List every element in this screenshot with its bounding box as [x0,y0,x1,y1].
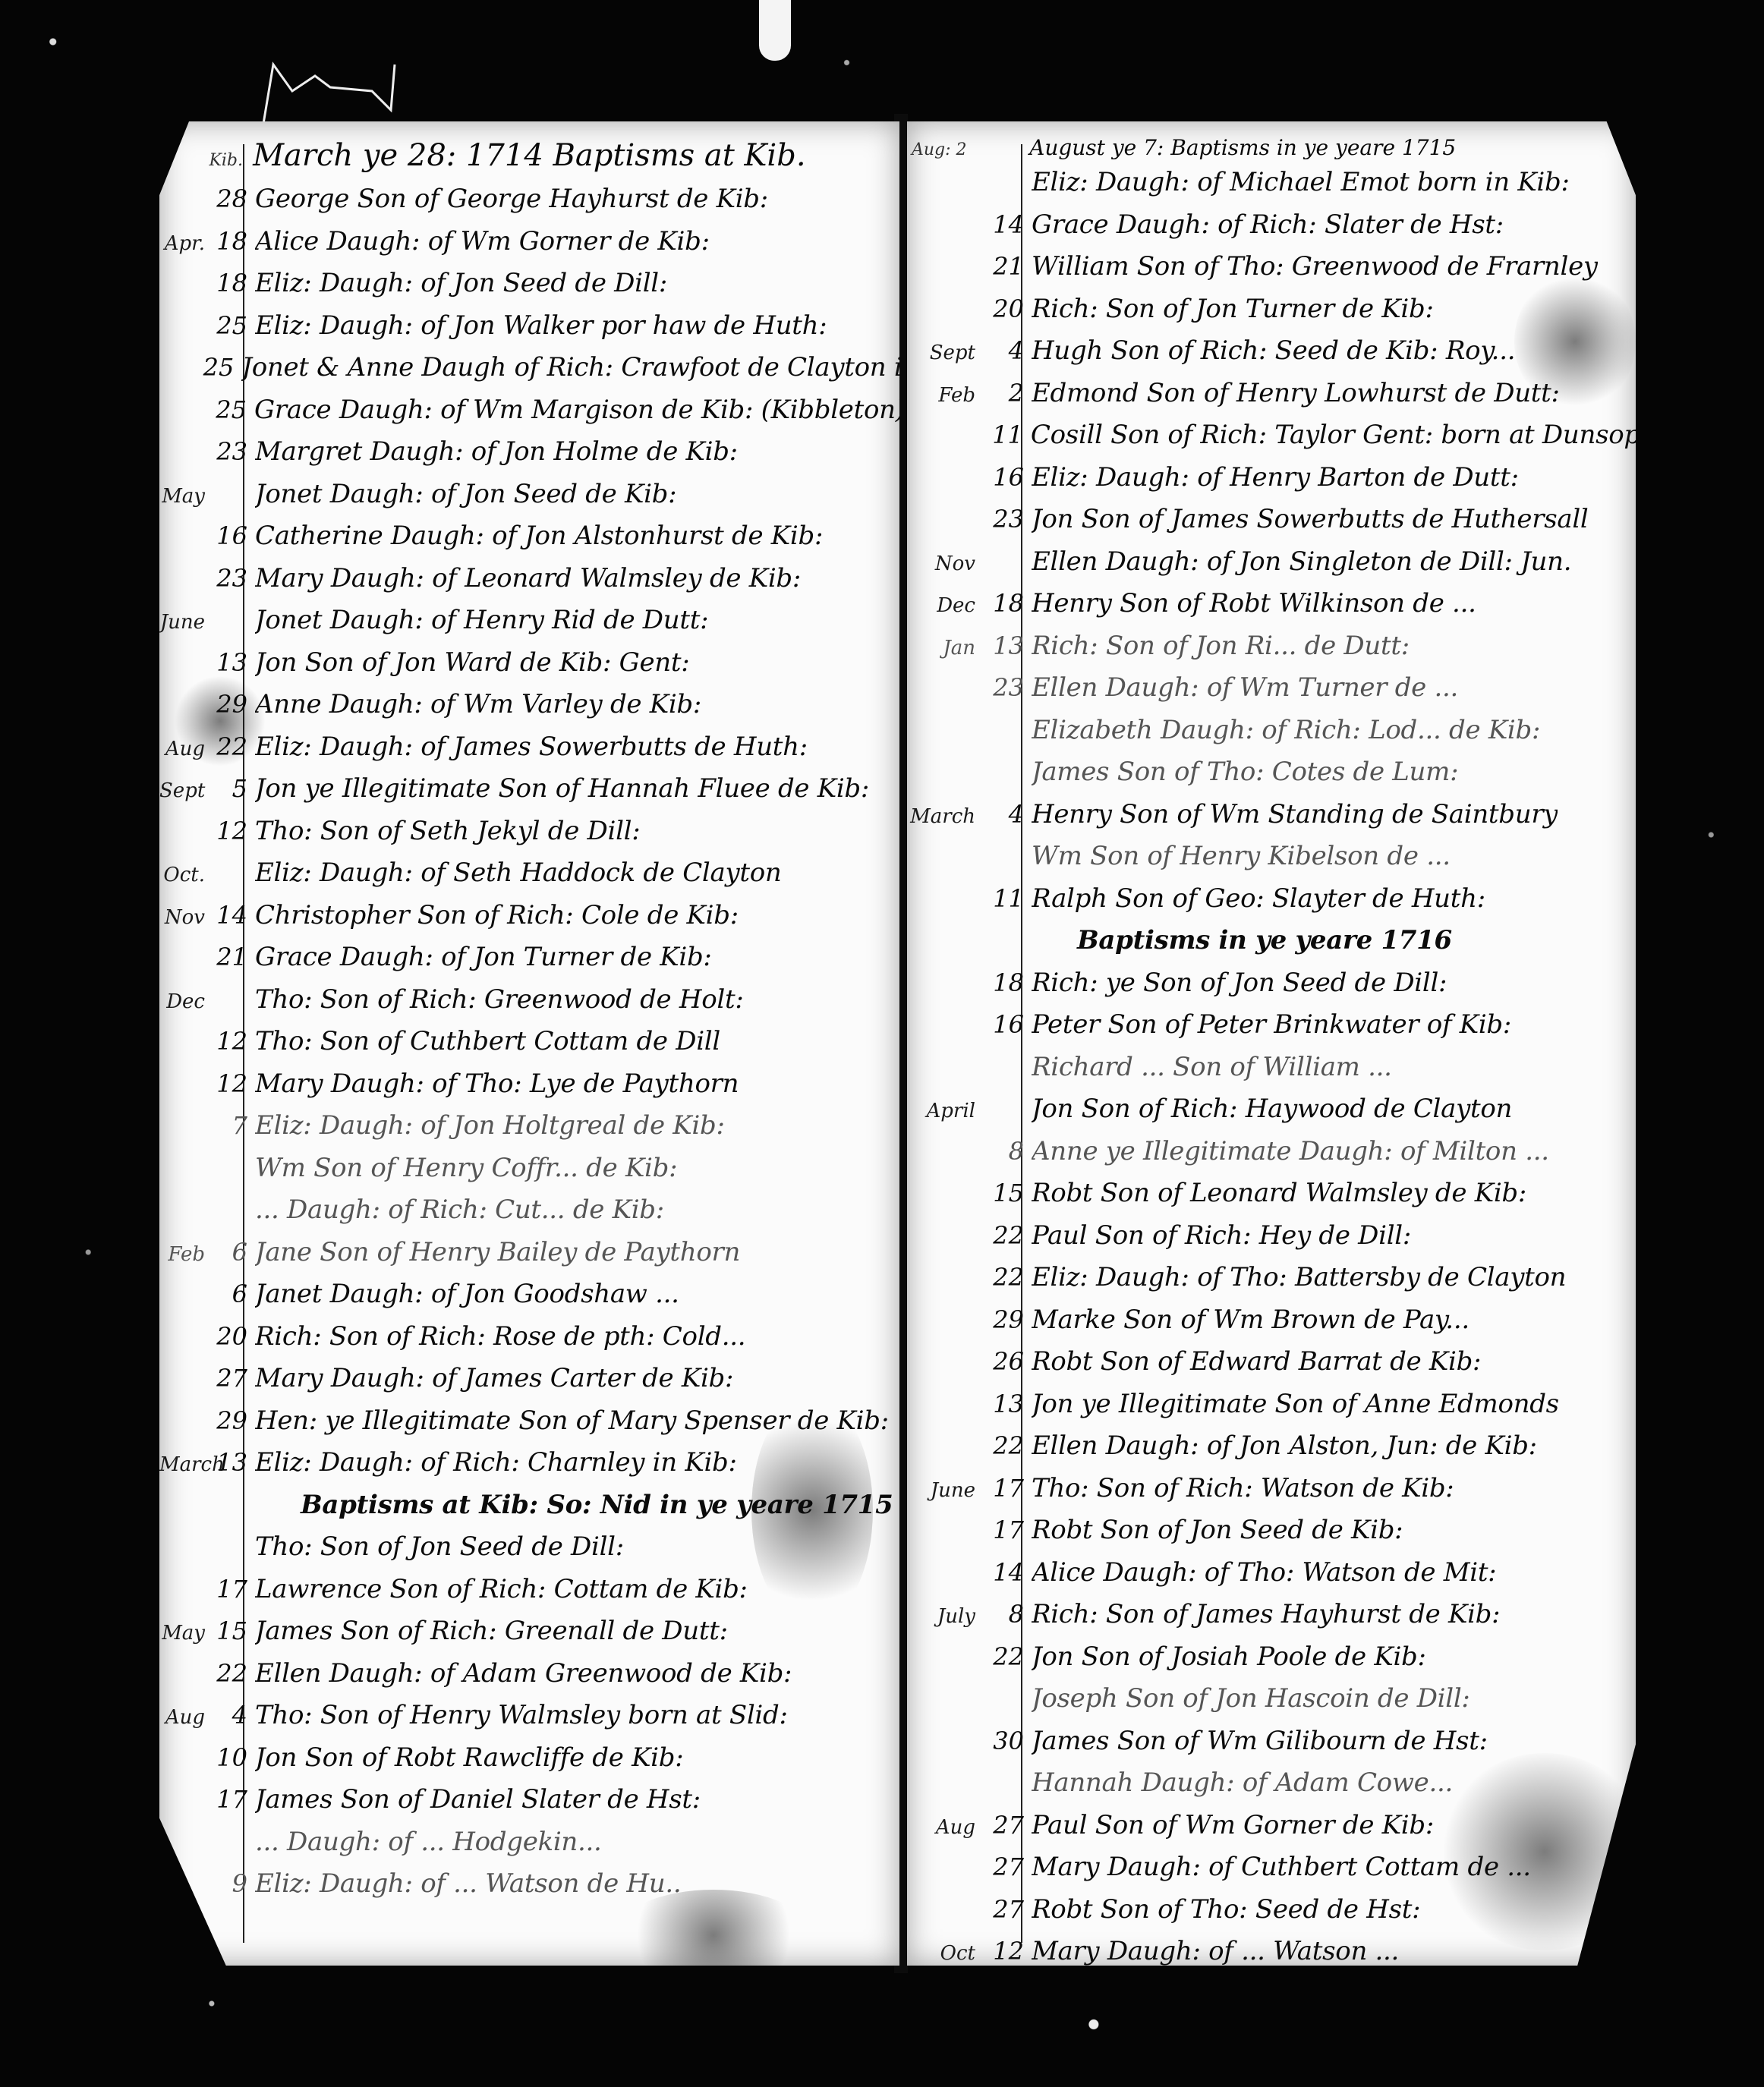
page-header: Kib. March ye 28: 1714 Baptisms at Kib. [159,138,899,173]
register-entry: 8 Anne ye Illegitimate Daugh: of Milton … [907,1136,1636,1179]
entry-text: Baptisms at Kib: So: Nid in ye yeare 171… [255,1490,893,1520]
entry-text: Jon Son of Jon Ward de Kib: Gent: [255,647,689,678]
entry-day: 18 [978,589,1032,618]
register-entry: 20 Rich: Son of Rich: Rose de pth: Cold.… [159,1321,899,1364]
register-entry: Feb 6 Jane Son of Henry Bailey de Paytho… [159,1237,899,1280]
register-entry: 14 Alice Daugh: of Tho: Watson de Mit: [907,1557,1636,1600]
entry-text: Cosill Son of Rich: Taylor Gent: born at… [1031,420,1636,450]
entry-text: Tho: Son of Cuthbert Cottam de Dill [255,1026,720,1056]
entry-day: 8 [978,1137,1032,1166]
entry-day: 14 [978,1558,1032,1587]
entry-day: 25 [208,311,255,340]
entry-text: William Son of Tho: Greenwood de Frarnle… [1032,251,1598,282]
entry-month: June [159,611,208,634]
register-entry: 13 Jon Son of Jon Ward de Kib: Gent: [159,647,899,690]
entry-text: Jonet & Anne Daugh of Rich: Crawfoot de … [241,352,899,382]
entry-day: 20 [208,1322,255,1351]
entry-day: 21 [208,943,255,971]
register-entry: 30 James Son of Wm Gilibourn de Hst: [907,1726,1636,1768]
entry-day: 12 [208,817,255,845]
entry-day: 22 [208,732,255,761]
entry-text: Eliz: Daugh: of ... Watson de Hu.. [255,1868,681,1899]
entry-day: 5 [208,774,255,803]
entry-day: 11 [978,884,1032,913]
entry-month: Nov [907,552,978,575]
register-entry: Eliz: Daugh: of Michael Emot born in Kib… [907,167,1636,209]
entry-day: 15 [978,1179,1032,1207]
register-entry: 17 James Son of Daniel Slater de Hst: [159,1784,899,1827]
entry-month: Dec [907,594,978,617]
entry-day: 25 [207,395,254,424]
register-entry: June Jonet Daugh: of Henry Rid de Dutt: [159,605,899,647]
section-heading: Baptisms at Kib: So: Nid in ye yeare 171… [159,1490,899,1532]
entry-text: Mary Daugh: of Tho: Lye de Paythorn [255,1069,739,1099]
entry-day: 13 [208,648,255,677]
entry-text: Christopher Son of Rich: Cole de Kib: [255,900,739,930]
register-entry: 23 Mary Daugh: of Leonard Walmsley de Ki… [159,563,899,606]
entry-day: 13 [208,1448,255,1477]
entry-day: 22 [978,1221,1032,1250]
register-entry: 18 Rich: ye Son of Jon Seed de Dill: [907,968,1636,1010]
entry-day: 27 [978,1811,1032,1840]
entry-text: Eliz: Daugh: of Rich: Charnley in Kib: [255,1447,737,1478]
register-entry: ... Daugh: of Rich: Cut... de Kib: [159,1195,899,1237]
entry-day: 22 [978,1431,1032,1460]
entry-day: 18 [208,227,255,256]
entry-text: Henry Son of Robt Wilkinson de ... [1032,588,1476,619]
register-entry: 12 Tho: Son of Seth Jekyl de Dill: [159,816,899,858]
entry-text: Hannah Daugh: of Adam Cowe... [1032,1767,1453,1798]
entry-text: Lawrence Son of Rich: Cottam de Kib: [255,1574,748,1604]
left-page: Kib. March ye 28: 1714 Baptisms at Kib. … [159,121,899,1966]
entry-day: 15 [208,1616,255,1645]
register-entry: 16 Eliz: Daugh: of Henry Barton de Dutt: [907,462,1636,505]
entry-text: Eliz: Daugh: of Jon Seed de Dill: [255,268,667,298]
entry-day: 9 [208,1869,255,1898]
page-header: Aug: 2 August ye 7: Baptisms in ye yeare… [907,135,1636,160]
entry-text: Mary Daugh: of Cuthbert Cottam de ... [1032,1852,1531,1882]
entry-month: Feb [907,384,978,407]
register-entry: James Son of Tho: Cotes de Lum: [907,757,1636,799]
entry-text: Ellen Daugh: of Wm Turner de ... [1032,672,1458,703]
entry-day: 28 [208,184,255,213]
register-entry: 27 Mary Daugh: of Cuthbert Cottam de ... [907,1852,1636,1894]
register-entry: Oct 12 Mary Daugh: of ... Watson ... [907,1936,1636,1966]
register-entry: 29 Hen: ye Illegitimate Son of Mary Spen… [159,1405,899,1448]
register-entry: 22 Ellen Daugh: of Adam Greenwood de Kib… [159,1658,899,1701]
register-entry: April Jon Son of Rich: Haywood de Clayto… [907,1094,1636,1136]
register-entry: July 8 Rich: Son of James Hayhurst de Ki… [907,1599,1636,1642]
register-entry: Dec 18 Henry Son of Robt Wilkinson de ..… [907,588,1636,631]
entry-day: 18 [208,269,255,297]
scan-artifact [759,0,791,61]
register-entry: Sept 4 Hugh Son of Rich: Seed de Kib: Ro… [907,335,1636,378]
entry-month: Sept [159,779,208,802]
header-title: March ye 28: 1714 Baptisms at Kib. [253,138,805,173]
register-entry: 23 Margret Daugh: of Jon Holme de Kib: [159,436,899,479]
entry-text: Eliz: Daugh: of Henry Barton de Dutt: [1032,462,1519,493]
entry-text: Ellen Daugh: of Jon Alston, Jun: de Kib: [1032,1431,1537,1461]
entry-day: 11 [978,420,1031,449]
register-entry: Dec Tho: Son of Rich: Greenwood de Holt: [159,984,899,1027]
register-entry: 28 George Son of George Hayhurst de Kib: [159,184,899,226]
entry-day: 4 [208,1701,255,1730]
register-entry: Nov 14 Christopher Son of Rich: Cole de … [159,900,899,943]
entry-text: Paul Son of Wm Gorner de Kib: [1032,1810,1434,1840]
register-entry: Richard ... Son of William ... [907,1052,1636,1094]
register-entry: 13 Jon ye Illegitimate Son of Anne Edmon… [907,1389,1636,1431]
entry-text: Robt Son of Tho: Seed de Hst: [1032,1894,1420,1925]
entry-text: Jon ye Illegitimate Son of Hannah Fluee … [255,773,869,804]
register-entry: 11 Cosill Son of Rich: Taylor Gent: born… [907,420,1636,462]
register-entry: 21 William Son of Tho: Greenwood de Frar… [907,251,1636,294]
entry-text: ... Daugh: of ... Hodgekin... [255,1827,602,1857]
entry-day: 16 [978,463,1032,492]
register-entry: 23 Ellen Daugh: of Wm Turner de ... [907,672,1636,715]
register-entry: 16 Catherine Daugh: of Jon Alstonhurst d… [159,521,899,563]
register-entry: Nov Ellen Daugh: of Jon Singleton de Dil… [907,546,1636,589]
entry-month: Nov [159,906,208,929]
register-entry: 9 Eliz: Daugh: of ... Watson de Hu.. [159,1868,899,1911]
entry-text: Jon Son of James Sowerbutts de Huthersal… [1032,504,1588,534]
entry-day: 13 [978,1390,1032,1418]
entry-text: James Son of Tho: Cotes de Lum: [1032,757,1458,787]
register-entry: 29 Anne Daugh: of Wm Varley de Kib: [159,689,899,732]
entry-text: ... Daugh: of Rich: Cut... de Kib: [255,1195,664,1225]
entry-text: Grace Daugh: of Rich: Slater de Hst: [1032,209,1504,240]
entry-day: 22 [978,1263,1032,1292]
register-entry: 16 Peter Son of Peter Brinkwater of Kib: [907,1009,1636,1052]
entry-month: Jan [907,637,978,659]
entry-text: Alice Daugh: of Tho: Watson de Mit: [1032,1557,1496,1588]
entry-text: Jonet Daugh: of Jon Seed de Kib: [255,479,676,509]
entry-text: James Son of Wm Gilibourn de Hst: [1032,1726,1488,1756]
entry-day: 29 [208,690,255,719]
entry-text: Tho: Son of Rich: Greenwood de Holt: [255,984,744,1015]
entry-day: 14 [208,901,255,930]
entry-month: June [907,1479,978,1502]
entry-text: Rich: Son of Jon Turner de Kib: [1032,294,1434,324]
entry-day: 22 [978,1642,1032,1671]
register-entry: May Jonet Daugh: of Jon Seed de Kib: [159,479,899,521]
register-entry: 22 Ellen Daugh: of Jon Alston, Jun: de K… [907,1431,1636,1473]
entry-text: Joseph Son of Jon Hascoin de Dill: [1032,1683,1470,1714]
entry-month: Feb [159,1243,208,1266]
entry-month: May [159,485,208,508]
register-entry: March 13 Eliz: Daugh: of Rich: Charnley … [159,1447,899,1490]
register-entry: 25 Grace Daugh: of Wm Margison de Kib: (… [159,395,899,437]
entry-day: 27 [978,1895,1032,1924]
register-entry: 6 Janet Daugh: of Jon Goodshaw ... [159,1279,899,1321]
entry-day: 6 [208,1280,255,1308]
entry-text: Tho: Son of Jon Seed de Dill: [255,1531,624,1562]
entry-day: 16 [978,1010,1032,1039]
register-entry: 12 Mary Daugh: of Tho: Lye de Paythorn [159,1069,899,1111]
entry-text: Hen: ye Illegitimate Son of Mary Spenser… [255,1405,889,1436]
entry-text: Mary Daugh: of James Carter de Kib: [255,1363,733,1393]
entry-text: Jon Son of Josiah Poole de Kib: [1032,1642,1426,1672]
entry-text: Anne Daugh: of Wm Varley de Kib: [255,689,701,719]
entry-text: Tho: Son of Seth Jekyl de Dill: [255,816,640,846]
entry-text: Jon ye Illegitimate Son of Anne Edmonds [1032,1389,1559,1419]
entry-day: 6 [208,1238,255,1267]
entry-day: 30 [978,1727,1032,1755]
register-entry: 25 Jonet & Anne Daugh of Rich: Crawfoot … [159,352,899,395]
register-entry: May 15 James Son of Rich: Greenall de Du… [159,1616,899,1658]
register-entry: 27 Mary Daugh: of James Carter de Kib: [159,1363,899,1405]
register-entry: Oct. Eliz: Daugh: of Seth Haddock de Cla… [159,858,899,900]
entry-month: Apr. [159,232,208,255]
register-entry: Aug 4 Tho: Son of Henry Walmsley born at… [159,1700,899,1742]
entry-text: Rich: Son of James Hayhurst de Kib: [1032,1599,1500,1629]
header-corner: Aug: 2 [907,140,1025,159]
register-entry: Apr. 18 Alice Daugh: of Wm Gorner de Kib… [159,226,899,269]
entry-text: George Son of George Hayhurst de Kib: [255,184,768,214]
entry-text: Eliz: Daugh: of Jon Walker por haw de Hu… [255,310,827,341]
entry-month: Aug [907,1816,978,1839]
register-entry: Wm Son of Henry Coffr... de Kib: [159,1153,899,1195]
entry-day: 27 [978,1852,1032,1881]
entry-text: Wm Son of Henry Coffr... de Kib: [255,1153,677,1183]
register-entry: 23 Jon Son of James Sowerbutts de Huther… [907,504,1636,546]
register-entry: ... Daugh: of ... Hodgekin... [159,1827,899,1869]
register-entry: 20 Rich: Son of Jon Turner de Kib: [907,294,1636,336]
register-entry: 26 Robt Son of Edward Barrat de Kib: [907,1346,1636,1389]
register-entry: 22 Jon Son of Josiah Poole de Kib: [907,1642,1636,1684]
register-entry: 17 Robt Son of Jon Seed de Kib: [907,1515,1636,1557]
section-heading: Baptisms in ye yeare 1716 [907,925,1636,968]
entry-month: July [907,1605,978,1628]
register-entry: Joseph Son of Jon Hascoin de Dill: [907,1683,1636,1726]
entry-day: 2 [978,379,1032,408]
entry-day: 10 [208,1743,255,1772]
entry-text: James Son of Daniel Slater de Hst: [255,1784,701,1815]
entry-day: 22 [208,1659,255,1688]
register-entry: 17 Lawrence Son of Rich: Cottam de Kib: [159,1574,899,1616]
entry-text: Robt Son of Jon Seed de Kib: [1032,1515,1403,1545]
entry-day: 17 [208,1575,255,1604]
right-page: Aug: 2 August ye 7: Baptisms in ye yeare… [907,121,1636,1966]
entry-day: 20 [978,294,1032,323]
register-entry: March 4 Henry Son of Wm Standing de Sain… [907,799,1636,842]
entry-text: Mary Daugh: of ... Watson ... [1032,1936,1399,1966]
register-entry: Aug 27 Paul Son of Wm Gorner de Kib: [907,1810,1636,1852]
entry-day: 29 [978,1305,1032,1334]
entry-text: Ellen Daugh: of Adam Greenwood de Kib: [255,1658,792,1689]
entry-day: 12 [208,1069,255,1098]
entry-month: May [159,1622,208,1645]
register-entry: Hannah Daugh: of Adam Cowe... [907,1767,1636,1810]
entry-day: 4 [978,336,1032,365]
entry-day: 23 [978,505,1032,534]
entry-day: 17 [978,1474,1032,1503]
register-entry: 29 Marke Son of Wm Brown de Pay... [907,1305,1636,1347]
entry-day: 13 [978,631,1032,660]
entry-text: Peter Son of Peter Brinkwater of Kib: [1032,1009,1511,1040]
entry-text: James Son of Rich: Greenall de Dutt: [255,1616,728,1646]
register-entry: 18 Eliz: Daugh: of Jon Seed de Dill: [159,268,899,310]
entry-text: Rich: Son of Rich: Rose de pth: Cold... [255,1321,745,1352]
entry-text: Jon Son of Robt Rawcliffe de Kib: [255,1742,683,1773]
entry-day: 12 [978,1937,1032,1966]
entry-text: Elizabeth Daugh: of Rich: Lod... de Kib: [1032,715,1540,745]
entry-day: 26 [978,1347,1032,1376]
entry-text: Henry Son of Wm Standing de Saintbury [1032,799,1558,829]
entry-month: April [907,1100,978,1122]
entry-text: Wm Son of Henry Kibelson de ... [1032,841,1451,871]
entry-day: 16 [208,521,255,550]
entry-day: 8 [978,1600,1032,1629]
register-entry: June 17 Tho: Son of Rich: Watson de Kib: [907,1473,1636,1516]
entry-month: Aug [159,738,208,760]
entry-day: 7 [208,1111,255,1140]
entry-month: Sept [907,342,978,364]
entry-text: Ellen Daugh: of Jon Singleton de Dill: J… [1032,546,1571,577]
entry-day: 4 [978,800,1032,829]
entry-text: Robt Son of Edward Barrat de Kib: [1032,1346,1481,1377]
entry-list: Eliz: Daugh: of Michael Emot born in Kib… [907,167,1636,1966]
register-entry: 21 Grace Daugh: of Jon Turner de Kib: [159,942,899,984]
entry-text: Robt Son of Leonard Walmsley de Kib: [1032,1178,1526,1208]
entry-text: Richard ... Son of William ... [1032,1052,1392,1082]
entry-day: 17 [208,1785,255,1814]
register-entry: Elizabeth Daugh: of Rich: Lod... de Kib: [907,715,1636,757]
entry-text: Eliz: Daugh: of Seth Haddock de Clayton [255,858,782,888]
entry-text: Tho: Son of Rich: Watson de Kib: [1032,1473,1454,1503]
entry-text: Rich: Son of Jon Ri... de Dutt: [1032,631,1410,661]
register-entry: 14 Grace Daugh: of Rich: Slater de Hst: [907,209,1636,252]
entry-day: 25 [201,353,242,382]
entry-day: 18 [978,968,1032,997]
entry-text: Janet Daugh: of Jon Goodshaw ... [255,1279,679,1309]
header-title: August ye 7: Baptisms in ye yeare 1715 [1029,135,1456,160]
register-entry: 11 Ralph Son of Geo: Slayter de Huth: [907,883,1636,926]
entry-day: 23 [208,437,255,466]
entry-day: 23 [208,564,255,593]
entry-text: Jonet Daugh: of Henry Rid de Dutt: [255,605,708,635]
register-entry: Tho: Son of Jon Seed de Dill: [159,1531,899,1574]
entry-text: Baptisms in ye yeare 1716 [1032,925,1452,955]
entry-day: 21 [978,252,1032,281]
register-entry: Wm Son of Henry Kibelson de ... [907,841,1636,883]
entry-text: Hugh Son of Rich: Seed de Kib: Roy... [1032,335,1515,366]
entry-day: 17 [978,1516,1032,1544]
entry-day: 23 [978,673,1032,702]
entry-day: 12 [208,1027,255,1056]
entry-text: Alice Daugh: of Wm Gorner de Kib: [255,226,710,257]
register-entry: 12 Tho: Son of Cuthbert Cottam de Dill [159,1026,899,1069]
entry-text: Jane Son of Henry Bailey de Paythorn [255,1237,740,1267]
register-entry: 25 Eliz: Daugh: of Jon Walker por haw de… [159,310,899,353]
entry-day: 14 [978,210,1032,239]
entry-text: Rich: ye Son of Jon Seed de Dill: [1032,968,1447,998]
entry-text: Anne ye Illegitimate Daugh: of Milton ..… [1032,1136,1549,1166]
entry-month: Dec [159,990,208,1013]
entry-text: Tho: Son of Henry Walmsley born at Slid: [255,1700,788,1730]
register-entry: 22 Paul Son of Rich: Hey de Dill: [907,1220,1636,1263]
register-entry: 22 Eliz: Daugh: of Tho: Battersby de Cla… [907,1262,1636,1305]
entry-text: Paul Son of Rich: Hey de Dill: [1032,1220,1411,1251]
entry-text: Ralph Son of Geo: Slayter de Huth: [1032,883,1485,914]
entry-text: Margret Daugh: of Jon Holme de Kib: [255,436,738,467]
entry-text: Catherine Daugh: of Jon Alstonhurst de K… [255,521,823,551]
register-entry: Feb 2 Edmond Son of Henry Lowhurst de Du… [907,378,1636,420]
entry-text: Edmond Son of Henry Lowhurst de Dutt: [1032,378,1560,408]
register-entry: Jan 13 Rich: Son of Jon Ri... de Dutt: [907,631,1636,673]
entry-text: Eliz: Daugh: of Tho: Battersby de Clayto… [1032,1262,1566,1292]
entry-month: March [907,805,978,828]
entry-text: Eliz: Daugh: of James Sowerbutts de Huth… [255,732,808,762]
entry-month: March [159,1453,208,1476]
entry-day: 27 [208,1364,255,1393]
entry-day: 29 [208,1406,255,1435]
entry-text: Grace Daugh: of Wm Margison de Kib: (Kib… [254,395,899,425]
entry-month: Oct. [159,864,208,886]
entry-text: Eliz: Daugh: of Michael Emot born in Kib… [1032,167,1570,197]
register-entry: 15 Robt Son of Leonard Walmsley de Kib: [907,1178,1636,1220]
entry-text: Grace Daugh: of Jon Turner de Kib: [255,942,712,972]
entry-text: Marke Son of Wm Brown de Pay... [1032,1305,1469,1335]
register-entry: Sept 5 Jon ye Illegitimate Son of Hannah… [159,773,899,816]
entry-month: Aug [159,1706,208,1729]
entry-text: Jon Son of Rich: Haywood de Clayton [1032,1094,1512,1124]
entry-month: Oct [907,1942,978,1965]
entry-text: Mary Daugh: of Leonard Walmsley de Kib: [255,563,801,593]
entry-text: Eliz: Daugh: of Jon Holtgreal de Kib: [255,1110,725,1141]
register-entry: 27 Robt Son of Tho: Seed de Hst: [907,1894,1636,1937]
register-entry: 10 Jon Son of Robt Rawcliffe de Kib: [159,1742,899,1785]
entry-list: 28 George Son of George Hayhurst de Kib:… [159,184,899,1911]
register-entry: Aug 22 Eliz: Daugh: of James Sowerbutts … [159,732,899,774]
register-entry: 7 Eliz: Daugh: of Jon Holtgreal de Kib: [159,1110,899,1153]
